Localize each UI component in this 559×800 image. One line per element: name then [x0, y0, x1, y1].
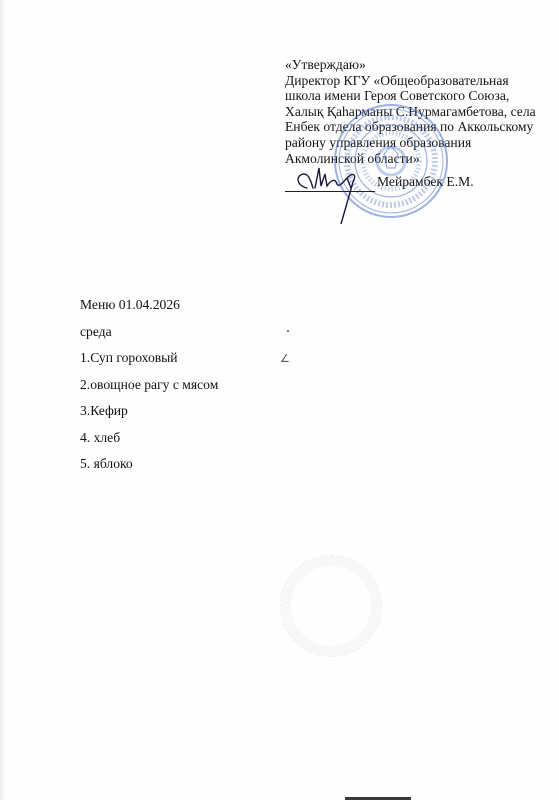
menu-item: 2.овощное рагу с мясом [80, 377, 218, 404]
faint-stamp-imprint-icon [280, 555, 382, 657]
approval-line: Енбек отдела образования по Аккольскому [285, 119, 555, 135]
approval-heading: «Утверждаю» [285, 57, 555, 73]
signature-row: Мейрамбек Е.М. [285, 172, 545, 194]
scan-edge-shadow [0, 0, 6, 800]
approval-line: школа имени Героя Советского Союза, [285, 88, 555, 104]
menu-block: Меню 01.04.2026 среда 1.Суп гороховый 2.… [80, 297, 218, 483]
approval-line: Директор КГУ «Общеобразовательная [285, 73, 555, 89]
scan-mark-icon: ∠ [280, 352, 290, 365]
menu-item: 3.Кефир [80, 403, 218, 430]
approval-line: району управления образования [285, 135, 555, 151]
scan-speck [287, 330, 289, 332]
menu-item: 1.Суп гороховый [80, 350, 218, 377]
menu-item: 4. хлеб [80, 430, 218, 457]
document-page: «Утверждаю» Директор КГУ «Общеобразовате… [0, 0, 559, 800]
handwritten-signature-icon [293, 164, 383, 224]
menu-day: среда [80, 324, 218, 351]
approval-line: Халық Қаһарманы С.Нурмагамбетова, села [285, 104, 555, 120]
signer-name: Мейрамбек Е.М. [377, 174, 474, 190]
menu-item: 5. яблоко [80, 456, 218, 483]
approval-block: «Утверждаю» Директор КГУ «Общеобразовате… [285, 57, 555, 166]
menu-title: Меню 01.04.2026 [80, 297, 218, 324]
